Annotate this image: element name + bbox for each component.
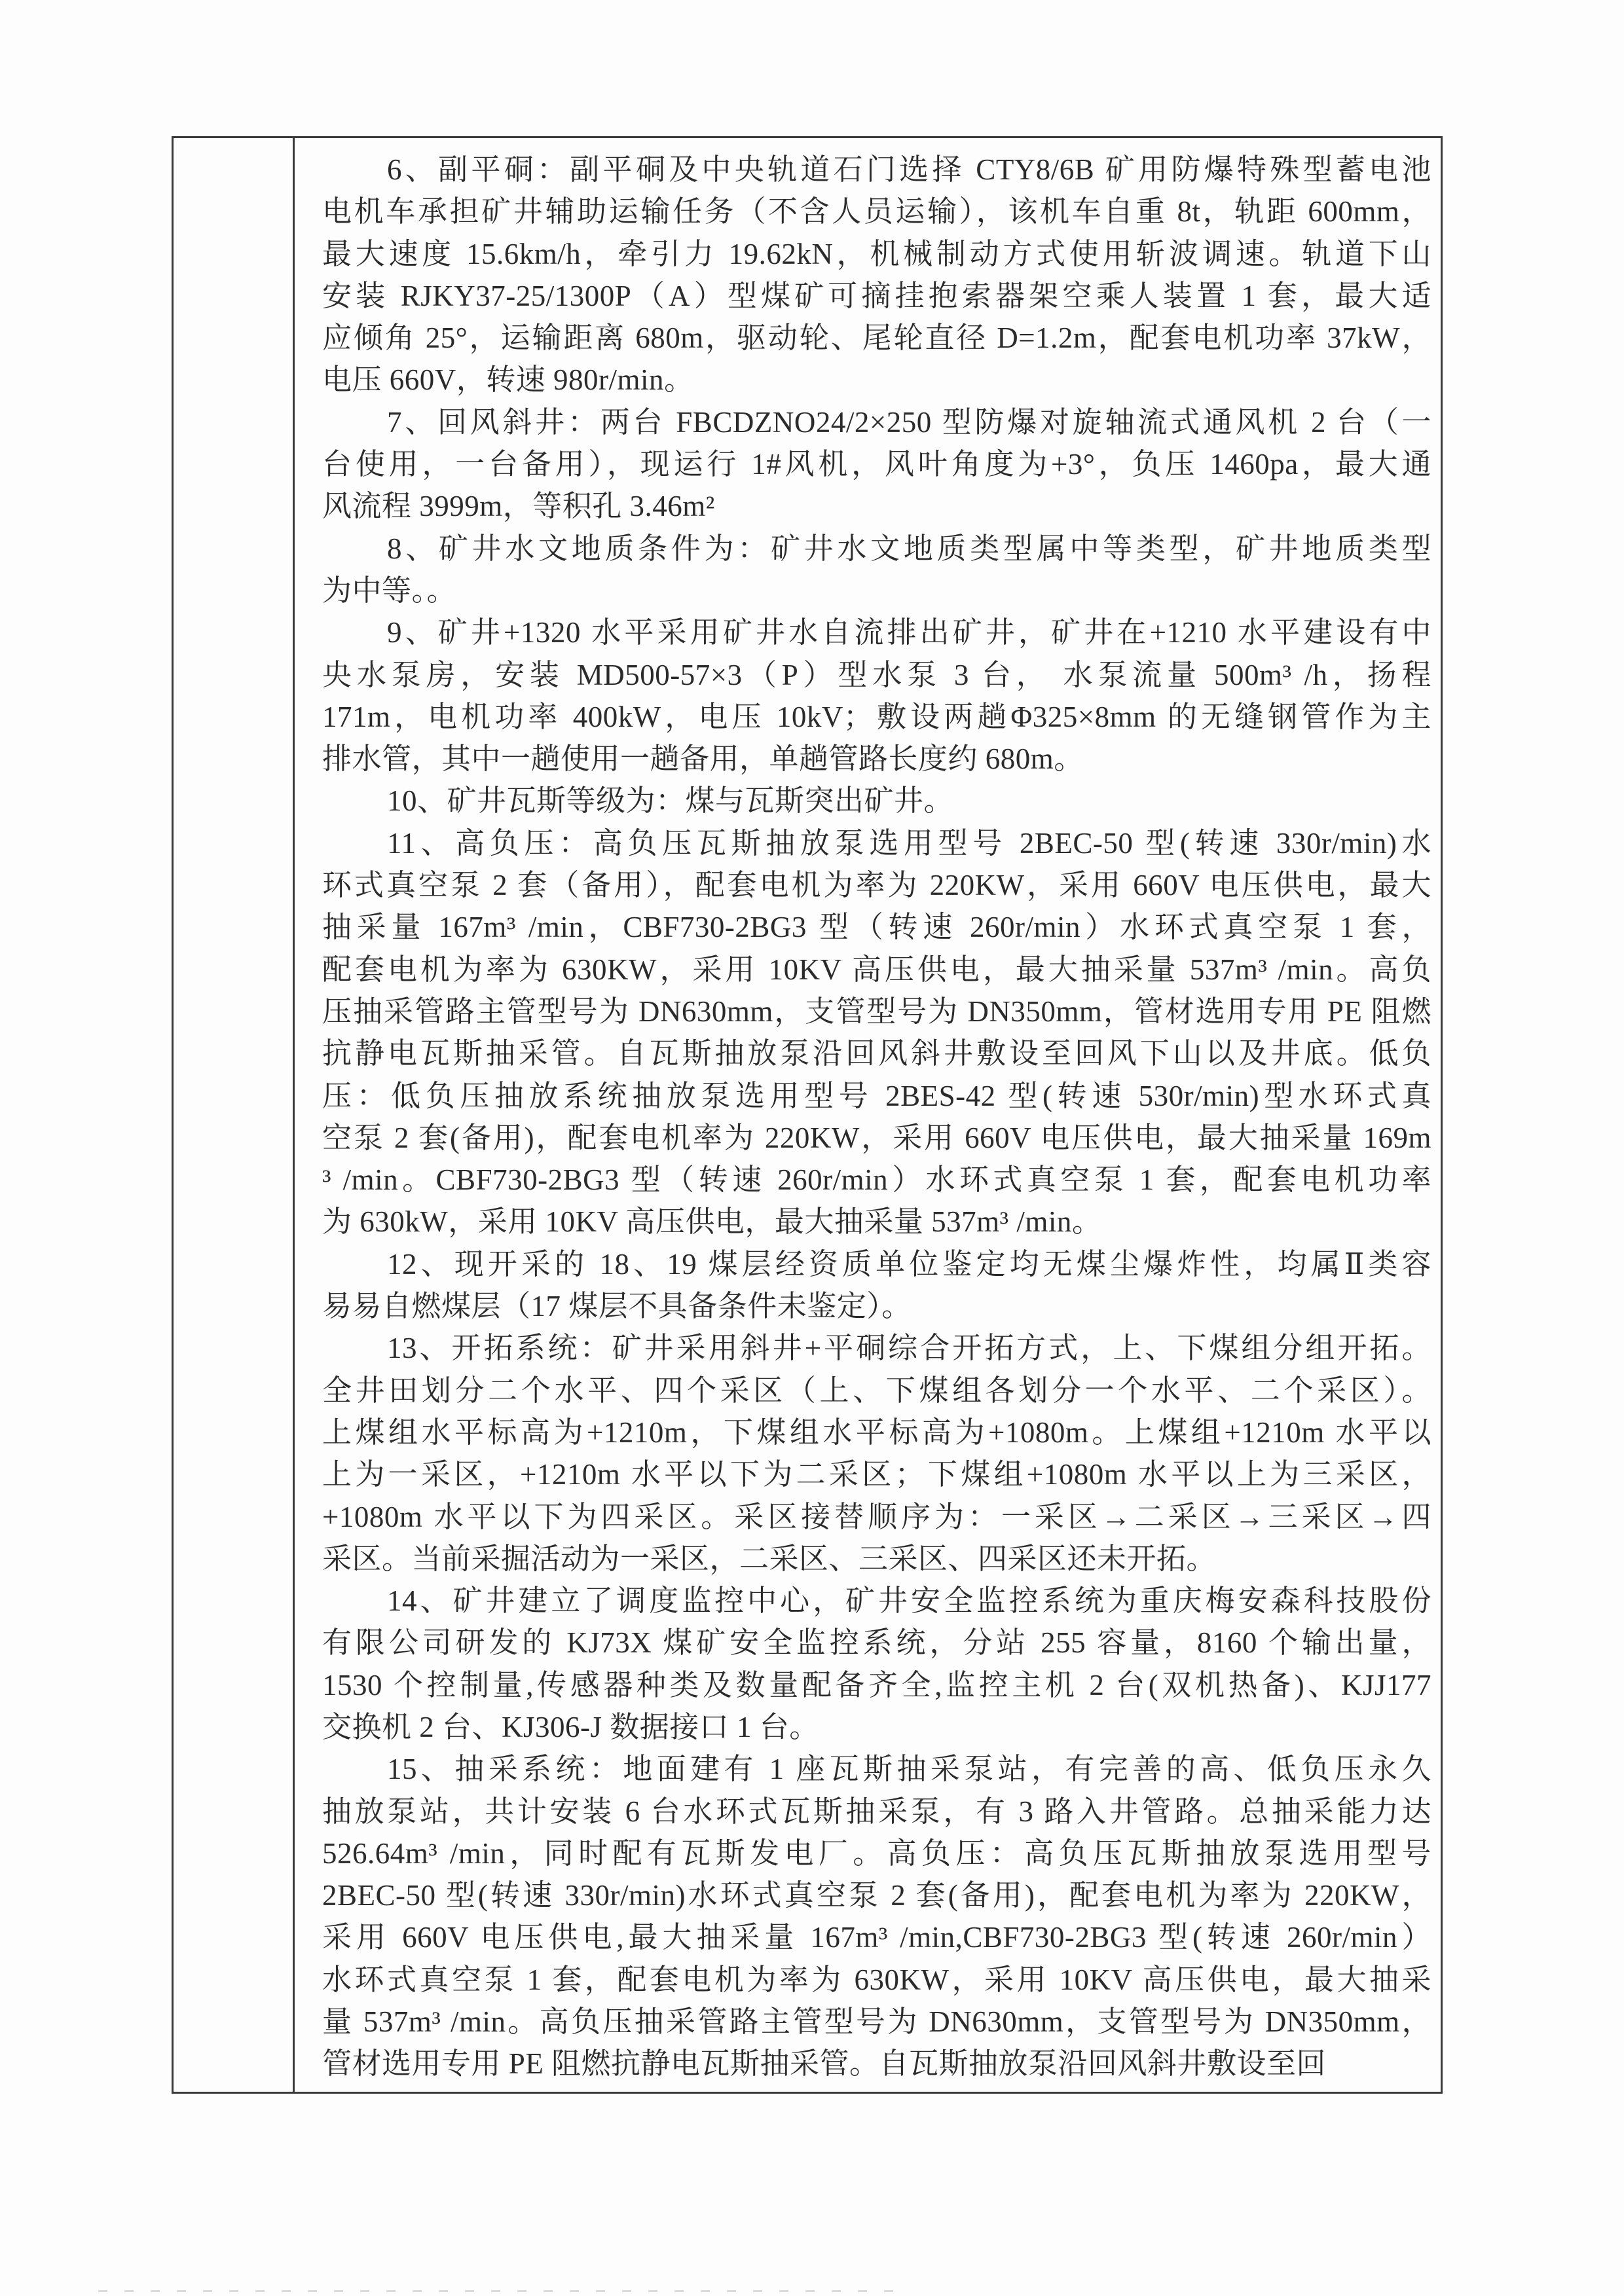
text-line: 8、矿井水文地质条件为：矿井水文地质类型属中等类型，矿井地质类型 [322,528,1431,570]
text-line: 配套电机为率为 630KW，采用 10KV 高压供电，最大抽采量 537m³ /… [322,949,1431,991]
text-line: 9、矿井+1320 水平采用矿井水自流排出矿井，矿井在+1210 水平建设有中 [322,611,1431,653]
paragraph: 15、抽采系统：地面建有 1 座瓦斯抽采泵站，有完善的高、低负压永久抽放泵站，共… [322,1748,1431,2085]
text-line: 6、副平硐：副平硐及中央轨道石门选择 CTY8/6B 矿用防爆特殊型蓄电池 [322,149,1431,191]
text-line: 抗静电瓦斯抽采管。自瓦斯抽放泵沿回风斜井敷设至回风下山以及井底。低负 [322,1032,1431,1074]
text-line: 环式真空泵 2 套（备用），配套电机为率为 220KW，采用 660V 电压供电… [322,864,1431,906]
text-line: 全井田划分二个水平、四个采区（上、下煤组各划分一个水平、二个采区）。 [322,1370,1431,1412]
paragraph: 12、现开采的 18、19 煤层经资质单位鉴定均无煤尘爆炸性，均属Ⅱ类容易易自燃… [322,1243,1431,1328]
text-line: 12、现开采的 18、19 煤层经资质单位鉴定均无煤尘爆炸性，均属Ⅱ类容 [322,1243,1431,1285]
page: 6、副平硐：副平硐及中央轨道石门选择 CTY8/6B 矿用防爆特殊型蓄电池电机车… [0,0,1624,2296]
text-line: ³ /min。CBF730-2BG3 型（转速 260r/min）水环式真空泵 … [322,1159,1431,1201]
text-line: 安装 RJKY37-25/1300P（A）型煤矿可摘挂抱索器架空乘人装置 1 套… [322,275,1431,317]
text-line: 15、抽采系统：地面建有 1 座瓦斯抽采泵站，有完善的高、低负压永久 [322,1748,1431,1790]
text-line: 11、高负压：高负压瓦斯抽放泵选用型号 2BEC-50 型(转速 330r/mi… [322,822,1431,864]
text-line: 交换机 2 台、KJ306-J 数据接口 1 台。 [322,1706,1431,1748]
text-line: 为中等。。 [322,570,1431,611]
paragraph: 14、矿井建立了调度监控中心，矿井安全监控系统为重庆梅安森科技股份有限公司研发的… [322,1580,1431,1748]
paragraph: 10、矿井瓦斯等级为：煤与瓦斯突出矿井。 [322,780,1431,822]
paragraph: 11、高负压：高负压瓦斯抽放泵选用型号 2BEC-50 型(转速 330r/mi… [322,822,1431,1243]
text-line: 空泵 2 套(备用)，配套电机率为 220KW，采用 660V 电压供电，最大抽… [322,1117,1431,1159]
empty-side-cell [174,138,295,2092]
text-line: 电机车承担矿井辅助运输任务（不含人员运输），该机车自重 8t，轨距 600mm， [322,191,1431,232]
text-line: 上为一采区，+1210m 水平以下为二采区；下煤组+1080m 水平以上为三采区… [322,1453,1431,1495]
text-line: 量 537m³ /min。高负压抽采管路主管型号为 DN630mm，支管型号为 … [322,2001,1431,2043]
text-line: 7、回风斜井：两台 FBCDZNO24/2×250 型防爆对旋轴流式通风机 2 … [322,401,1431,443]
paragraph: 8、矿井水文地质条件为：矿井水文地质类型属中等类型，矿井地质类型为中等。。 [322,528,1431,612]
text-line: 2BEC-50 型(转速 330r/min)水环式真空泵 2 套(备用)，配套电… [322,1874,1431,1916]
text-line: 171m，电机功率 400kW，电压 10kV；敷设两趟Φ325×8mm 的无缝… [322,696,1431,738]
paragraph: 7、回风斜井：两台 FBCDZNO24/2×250 型防爆对旋轴流式通风机 2 … [322,401,1431,528]
content-cell: 6、副平硐：副平硐及中央轨道石门选择 CTY8/6B 矿用防爆特殊型蓄电池电机车… [295,138,1441,2092]
text-line: 应倾角 25°，运输距离 680m，驱动轮、尾轮直径 D=1.2m，配套电机功率… [322,317,1431,359]
text-line: 抽放泵站，共计安装 6 台水环式瓦斯抽采泵，有 3 路入井管路。总抽采能力达 [322,1791,1431,1832]
text-line: 央水泵房，安装 MD500-57×3（P）型水泵 3 台， 水泵流量 500m³… [322,654,1431,696]
text-line: 水环式真空泵 1 套，配套电机为率为 630KW，采用 10KV 高压供电，最大… [322,1959,1431,2001]
scan-artifact-line [98,2290,910,2292]
text-line: 13、开拓系统：矿井采用斜井+平硐综合开拓方式，上、下煤组分组开拓。 [322,1327,1431,1369]
text-line: 排水管，其中一趟使用一趟备用，单趟管路长度约 680m。 [322,738,1431,780]
text-line: 风流程 3999m，等积孔 3.46m² [322,485,1431,527]
text-line: 抽采量 167m³ /min，CBF730-2BG3 型（转速 260r/min… [322,906,1431,948]
text-line: 有限公司研发的 KJ73X 煤矿安全监控系统，分站 255 容量，8160 个输… [322,1622,1431,1664]
text-line: 为 630kW，采用 10KV 高压供电，最大抽采量 537m³ /min。 [322,1201,1431,1243]
document-table: 6、副平硐：副平硐及中央轨道石门选择 CTY8/6B 矿用防爆特殊型蓄电池电机车… [172,136,1443,2094]
text-line: 易易自燃煤层（17 煤层不具备条件未鉴定）。 [322,1285,1431,1327]
text-line: 管材选用专用 PE 阻燃抗静电瓦斯抽采管。自瓦斯抽放泵沿回风斜井敷设至回 [322,2043,1431,2085]
text-line: 10、矿井瓦斯等级为：煤与瓦斯突出矿井。 [322,780,1431,822]
text-line: 电压 660V，转速 980r/min。 [322,359,1431,401]
text-line: 14、矿井建立了调度监控中心，矿井安全监控系统为重庆梅安森科技股份 [322,1580,1431,1622]
text-line: 压：低负压抽放系统抽放泵选用型号 2BES-42 型(转速 530r/min)型… [322,1075,1431,1117]
text-line: 台使用，一台备用），现运行 1#风机，风叶角度为+3°，负压 1460pa，最大… [322,443,1431,485]
paragraph: 9、矿井+1320 水平采用矿井水自流排出矿井，矿井在+1210 水平建设有中央… [322,611,1431,780]
paragraph: 6、副平硐：副平硐及中央轨道石门选择 CTY8/6B 矿用防爆特殊型蓄电池电机车… [322,149,1431,401]
text-line: 采区。当前采掘活动为一采区，二采区、三采区、四采区还未开拓。 [322,1538,1431,1580]
text-line: 1530 个控制量,传感器种类及数量配备齐全,监控主机 2 台(双机热备)、KJ… [322,1664,1431,1706]
text-line: 采用 660V 电压供电,最大抽采量 167m³ /min,CBF730-2BG… [322,1916,1431,1958]
text-line: 压抽采管路主管型号为 DN630mm，支管型号为 DN350mm，管材选用专用 … [322,991,1431,1032]
paragraph: 13、开拓系统：矿井采用斜井+平硐综合开拓方式，上、下煤组分组开拓。全井田划分二… [322,1327,1431,1580]
text-line: +1080m 水平以下为四采区。采区接替顺序为：一采区→二采区→三采区→四 [322,1496,1431,1538]
text-line: 上煤组水平标高为+1210m，下煤组水平标高为+1080m。上煤组+1210m … [322,1412,1431,1453]
text-line: 526.64m³ /min，同时配有瓦斯发电厂。高负压：高负压瓦斯抽放泵选用型号 [322,1832,1431,1874]
text-line: 最大速度 15.6km/h，牵引力 19.62kN，机械制动方式使用斩波调速。轨… [322,233,1431,275]
